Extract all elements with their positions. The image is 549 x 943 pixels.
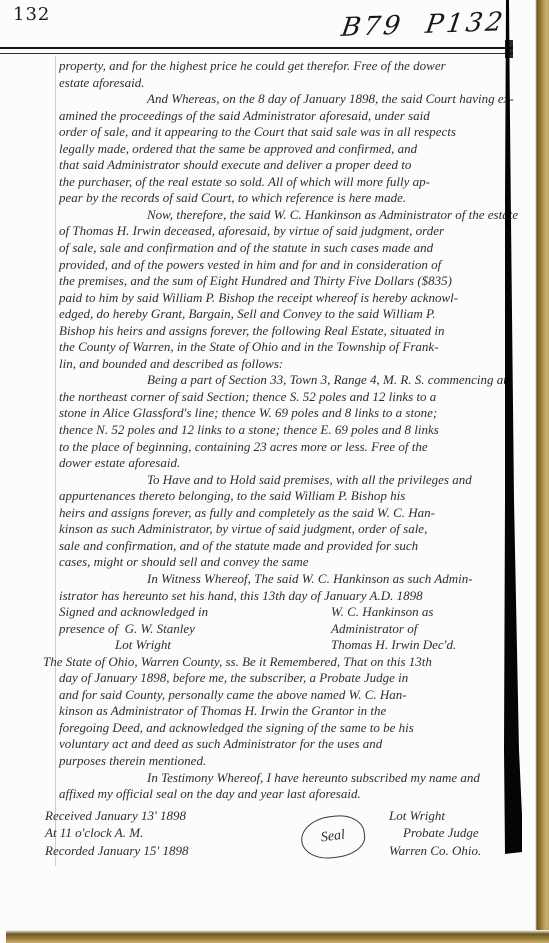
signature-line: Thomas H. Irwin Dec'd.	[331, 637, 511, 654]
handwritten-line: that said Administrator should execute a…	[59, 157, 511, 174]
record-footer: Received January 13' 1898At 11 o'clock A…	[45, 808, 511, 861]
handwritten-line: stone in Alice Glassford's line; thence …	[59, 405, 511, 422]
handwritten-line: dower estate aforesaid.	[59, 455, 511, 472]
witness-column: Signed and acknowledged inpresence of G.…	[59, 604, 331, 654]
header-double-rule	[0, 47, 513, 54]
signature-line: W. C. Hankinson as	[331, 604, 511, 621]
handwritten-line: appurtenances thereto belonging, to the …	[59, 488, 511, 505]
book-page-ref: B79 P132	[339, 7, 507, 43]
handwritten-line: the purchaser, of the real estate so sol…	[59, 174, 511, 191]
handwritten-line: Now, therefore, the said W. C. Hankinson…	[59, 207, 511, 224]
handwritten-line: cases, might or should sell and convey t…	[59, 554, 511, 571]
handwritten-line: edged, do hereby Grant, Bargain, Sell an…	[59, 306, 511, 323]
seal-area: Seal	[289, 808, 387, 861]
left-margin-rule	[55, 56, 56, 866]
witness-line: presence of G. W. Stanley	[59, 621, 331, 638]
handwritten-line: kinson as Administrator of Thomas H. Irw…	[59, 703, 511, 720]
handwritten-line: thence N. 52 poles and 12 links to a sto…	[59, 422, 511, 439]
signature-line: Administrator of	[331, 621, 511, 638]
record-date-line: Recorded January 15' 1898	[45, 843, 289, 861]
officer-line: Warren Co. Ohio.	[389, 843, 511, 861]
officer-line: Probate Judge	[389, 825, 511, 843]
seal-label: Seal	[320, 827, 346, 846]
handwritten-line: lin, and bounded and described as follow…	[59, 356, 511, 373]
handwritten-line: legally made, ordered that the same be a…	[59, 141, 511, 158]
record-date-line: At 11 o'clock A. M.	[45, 825, 289, 843]
handwritten-text: property, and for the highest price he c…	[59, 58, 511, 860]
handwritten-line: purposes therein mentioned.	[59, 753, 511, 770]
handwritten-line: affixed my official seal on the day and …	[59, 786, 511, 803]
handwritten-line: estate aforesaid.	[59, 75, 511, 92]
handwritten-line: foregoing Deed, and acknowledged the sig…	[59, 720, 511, 737]
scan-frame-bottom	[6, 930, 549, 943]
handwritten-line: sale and confirmation, and of the statut…	[59, 538, 511, 555]
witness-line: Lot Wright	[59, 637, 331, 654]
handwritten-line: voluntary act and deed as such Administr…	[59, 736, 511, 753]
acknowledgment-body: The State of Ohio, Warren County, ss. Be…	[59, 654, 511, 803]
handwritten-line: amined the proceedings of the said Admin…	[59, 108, 511, 125]
handwritten-line: to the place of beginning, containing 23…	[59, 439, 511, 456]
handwritten-line: the northeast corner of said Section; th…	[59, 389, 511, 406]
handwritten-line: heirs and assigns forever, as fully and …	[59, 505, 511, 522]
handwritten-line: In Witness Whereof, The said W. C. Hanki…	[59, 571, 511, 588]
handwritten-line: the County of Warren, in the State of Oh…	[59, 339, 511, 356]
handwritten-line: and for said County, personally came the…	[59, 687, 511, 704]
handwritten-line: In Testimony Whereof, I have hereunto su…	[59, 770, 511, 787]
handwritten-line: Bishop his heirs and assigns forever, th…	[59, 323, 511, 340]
handwritten-line: order of sale, and it appearing to the C…	[59, 124, 511, 141]
handwritten-line: of sale, sale and confirmation and of th…	[59, 240, 511, 257]
binding-shadow	[500, 0, 526, 943]
handwritten-line: To Have and to Hold said premises, with …	[59, 472, 511, 489]
handwritten-line: istrator has hereunto set his hand, this…	[59, 588, 511, 605]
handwritten-line: Being a part of Section 33, Town 3, Rang…	[59, 372, 511, 389]
record-date-line: Received January 13' 1898	[45, 808, 289, 826]
handwritten-line: day of January 1898, before me, the subs…	[59, 670, 511, 687]
administrator-signature-column: W. C. Hankinson asAdministrator ofThomas…	[331, 604, 511, 654]
signature-block: Signed and acknowledged inpresence of G.…	[59, 604, 511, 654]
notary-seal-icon: Seal	[299, 812, 368, 861]
witness-line: Signed and acknowledged in	[59, 604, 331, 621]
handwritten-line: paid to him by said William P. Bishop th…	[59, 290, 511, 307]
handwritten-line: pear by the records of said Court, to wh…	[59, 190, 511, 207]
scan-frame-right	[534, 0, 549, 943]
handwritten-line: property, and for the highest price he c…	[59, 58, 511, 75]
page-number: 132	[13, 4, 50, 26]
officer-line: Lot Wright	[389, 808, 511, 826]
handwritten-line: the premises, and the sum of Eight Hundr…	[59, 273, 511, 290]
probate-judge-column: Lot WrightProbate JudgeWarren Co. Ohio.	[387, 808, 511, 861]
handwritten-line: And Whereas, on the 8 day of January 189…	[59, 91, 511, 108]
handwritten-line: of Thomas H. Irwin deceased, aforesaid, …	[59, 223, 511, 240]
deed-body: property, and for the highest price he c…	[59, 58, 511, 604]
recording-dates-column: Received January 13' 1898At 11 o'clock A…	[45, 808, 289, 861]
handwritten-line: provided, and of the powers vested in hi…	[59, 257, 511, 274]
handwritten-line: kinson as such Administrator, by virtue …	[59, 521, 511, 538]
handwritten-line: The State of Ohio, Warren County, ss. Be…	[43, 654, 511, 671]
scanned-deed-page: 132 B79 P132 property, and for the highe…	[0, 0, 549, 943]
